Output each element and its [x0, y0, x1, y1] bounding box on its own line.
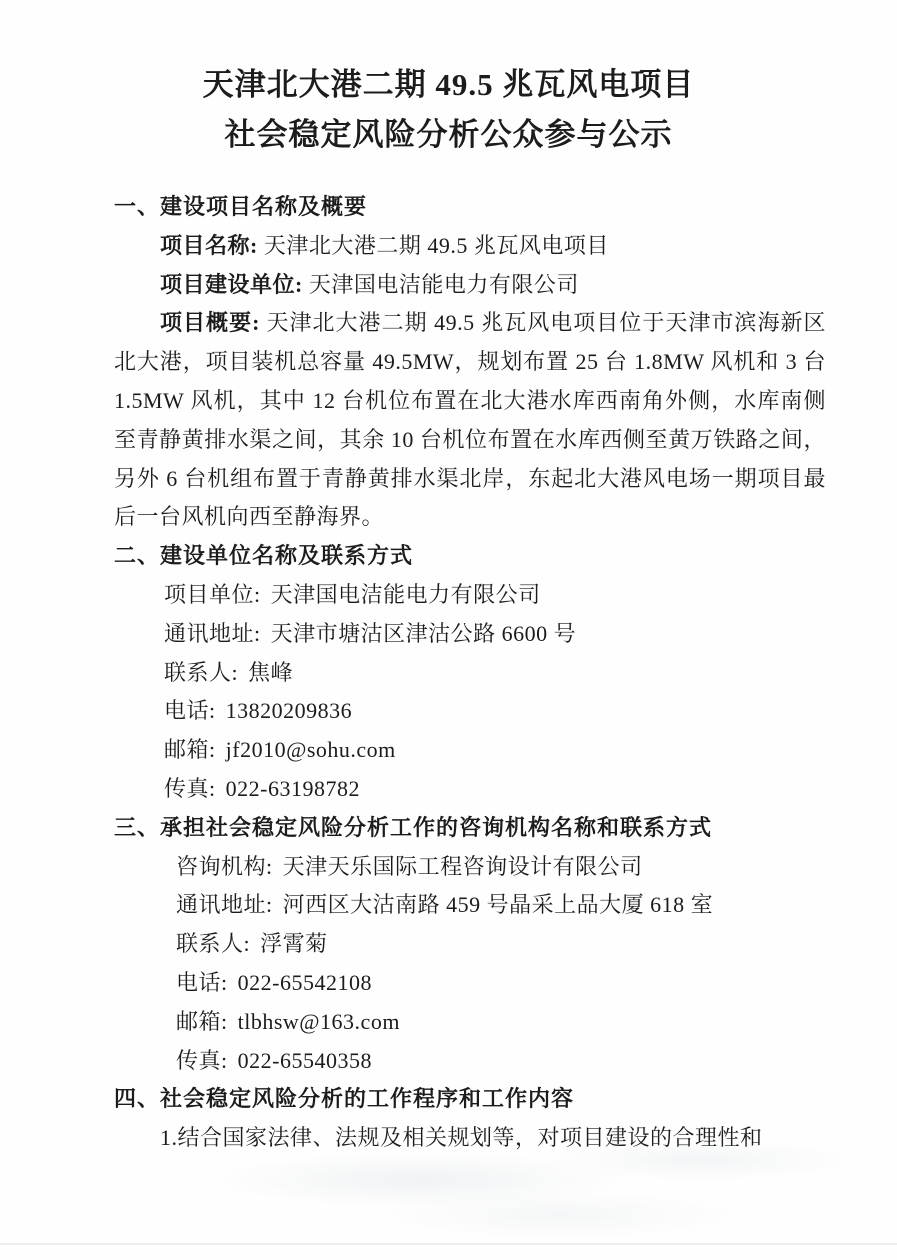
contact-line-email: 邮箱:tlbhsw@163.com [114, 1003, 826, 1042]
contact-label: 邮箱: [164, 737, 216, 762]
contact-label: 咨询机构: [176, 854, 273, 879]
project-summary-label: 项目概要: [160, 310, 260, 335]
contact-label: 联系人: [176, 931, 250, 956]
contact-line-unit: 项目单位:天津国电洁能电力有限公司 [114, 576, 826, 615]
document-title-line2: 社会稳定风险分析公众参与公示 [0, 110, 897, 160]
project-name-value: 天津北大港二期 49.5 兆瓦风电项目 [264, 233, 609, 258]
contact-line-address: 通讯地址:河西区大沽南路 459 号晶采上品大厦 618 室 [114, 886, 826, 925]
project-builder-value: 天津国电洁能电力有限公司 [309, 272, 579, 297]
scanned-document-page: 天津北大港二期 49.5 兆瓦风电项目 社会稳定风险分析公众参与公示 一、建设项… [0, 0, 897, 1260]
document-title-line1: 天津北大港二期 49.5 兆瓦风电项目 [0, 60, 897, 110]
contact-label: 传真: [164, 776, 216, 801]
contact-label: 联系人: [164, 660, 238, 685]
scan-edge-line [0, 1243, 897, 1245]
contact-line-phone: 电话:13820209836 [114, 692, 826, 731]
section-4-item-1: 1.结合国家法律、法规及相关规划等，对项目建设的合理性和 [114, 1119, 826, 1158]
consultant-contact-list: 咨询机构:天津天乐国际工程咨询设计有限公司 通讯地址:河西区大沽南路 459 号… [114, 848, 826, 1081]
contact-line-agency: 咨询机构:天津天乐国际工程咨询设计有限公司 [114, 848, 826, 887]
contact-label: 项目单位: [164, 582, 261, 607]
section-3-heading: 三、承担社会稳定风险分析工作的咨询机构名称和联系方式 [114, 809, 826, 848]
contact-value: jf2010@sohu.com [226, 737, 396, 762]
project-builder-line: 项目建设单位: 天津国电洁能电力有限公司 [114, 266, 826, 305]
section-1-heading: 一、建设项目名称及概要 [114, 188, 826, 227]
project-summary-text: 天津北大港二期 49.5 兆瓦风电项目位于天津市滨海新区北大港，项目装机总容量 … [114, 310, 826, 529]
contact-label: 传真: [176, 1048, 228, 1073]
contact-value: 13820209836 [226, 698, 353, 723]
contact-value: tlbhsw@163.com [238, 1009, 400, 1034]
section-4-heading: 四、社会稳定风险分析的工作程序和工作内容 [114, 1080, 826, 1119]
contact-value: 天津国电洁能电力有限公司 [271, 582, 541, 607]
contact-value: 焦峰 [248, 660, 293, 685]
contact-line-person: 联系人:焦峰 [114, 654, 826, 693]
contact-line-email: 邮箱:jf2010@sohu.com [114, 731, 826, 770]
contact-label: 邮箱: [176, 1009, 228, 1034]
contact-value: 浮霄菊 [260, 931, 328, 956]
contact-line-fax: 传真:022-63198782 [114, 770, 826, 809]
contact-line-phone: 电话:022-65542108 [114, 964, 826, 1003]
contact-value: 022-65540358 [238, 1048, 372, 1073]
contact-value: 022-65542108 [238, 970, 372, 995]
project-builder-label: 项目建设单位: [160, 272, 303, 297]
contact-value: 天津天乐国际工程咨询设计有限公司 [283, 854, 643, 879]
contact-label: 电话: [164, 698, 216, 723]
contact-label: 通讯地址: [164, 621, 261, 646]
contact-value: 022-63198782 [226, 776, 360, 801]
contact-label: 电话: [176, 970, 228, 995]
contact-value: 河西区大沽南路 459 号晶采上品大厦 618 室 [283, 892, 714, 917]
contact-line-person: 联系人:浮霄菊 [114, 925, 826, 964]
contact-line-fax: 传真:022-65540358 [114, 1042, 826, 1081]
document-body: 一、建设项目名称及概要 项目名称: 天津北大港二期 49.5 兆瓦风电项目 项目… [114, 188, 826, 1158]
project-name-label: 项目名称: [160, 233, 258, 258]
section-2-heading: 二、建设单位名称及联系方式 [114, 537, 826, 576]
project-summary-paragraph: 项目概要: 天津北大港二期 49.5 兆瓦风电项目位于天津市滨海新区北大港，项目… [114, 304, 826, 537]
project-name-line: 项目名称: 天津北大港二期 49.5 兆瓦风电项目 [114, 227, 826, 266]
document-title: 天津北大港二期 49.5 兆瓦风电项目 社会稳定风险分析公众参与公示 [0, 60, 897, 160]
contact-label: 通讯地址: [176, 892, 273, 917]
builder-contact-list: 项目单位:天津国电洁能电力有限公司 通讯地址:天津市塘沽区津沽公路 6600 号… [114, 576, 826, 809]
contact-line-address: 通讯地址:天津市塘沽区津沽公路 6600 号 [114, 615, 826, 654]
contact-value: 天津市塘沽区津沽公路 6600 号 [271, 621, 577, 646]
